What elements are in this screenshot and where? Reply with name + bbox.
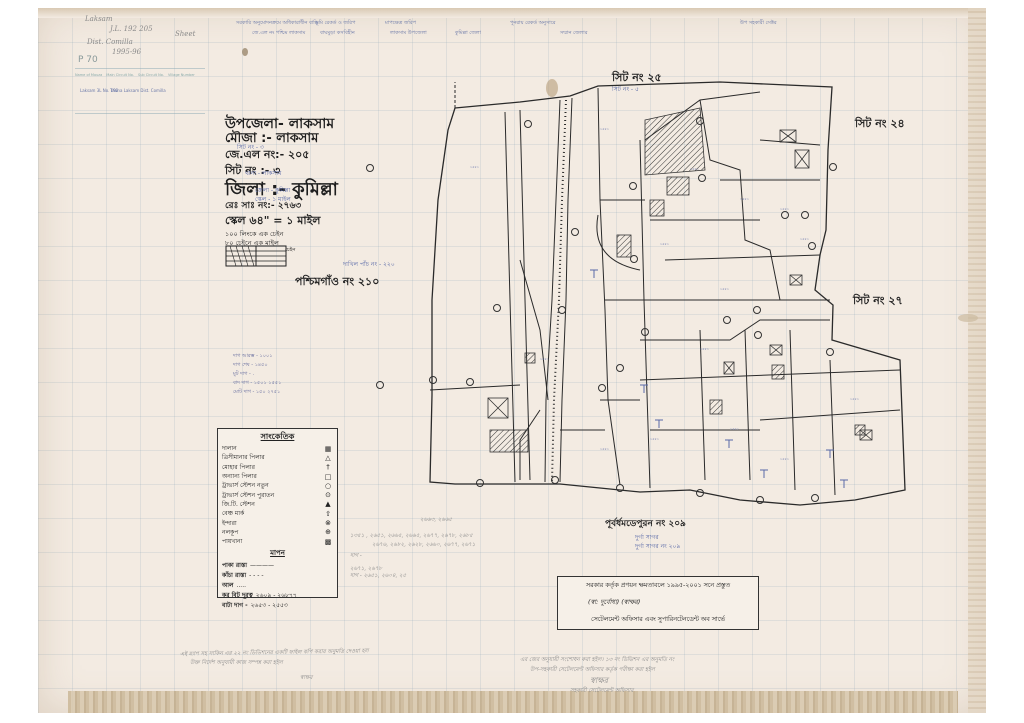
svg-text:১৫৫১: ১৫৫১ (690, 167, 700, 171)
svg-text:১৫৫১: ১৫৫১ (740, 197, 750, 201)
svg-text:১৫৫১: ১৫৫১ (540, 357, 550, 361)
svg-text:১৫৫১: ১৫৫১ (720, 287, 730, 291)
svg-text:১৫৫১: ১৫৫১ (660, 242, 670, 246)
svg-text:১৫৫১: ১৫৫১ (850, 397, 860, 401)
svg-text:১৫৫১: ১৫৫১ (700, 347, 710, 351)
cadastral-map-drawing: ১৫৫১১৫৫১১৫৫১ ১৫৫১১৫৫১১৫৫১ ১৫৫১১৫৫১১৫৫১ ১… (0, 0, 1024, 723)
svg-text:১৫৫১: ১৫৫১ (650, 437, 660, 441)
svg-text:১৫৫১: ১৫৫১ (800, 237, 810, 241)
svg-text:১৫৫১: ১৫৫১ (780, 457, 790, 461)
svg-text:১৫৫১: ১৫৫১ (600, 127, 610, 131)
svg-text:১৫৫১: ১৫৫১ (780, 207, 790, 211)
svg-text:১৫৫১: ১৫৫১ (470, 165, 480, 169)
svg-text:১৫৫১: ১৫৫১ (730, 427, 740, 431)
svg-text:১৫৫১: ১৫৫১ (600, 447, 610, 451)
